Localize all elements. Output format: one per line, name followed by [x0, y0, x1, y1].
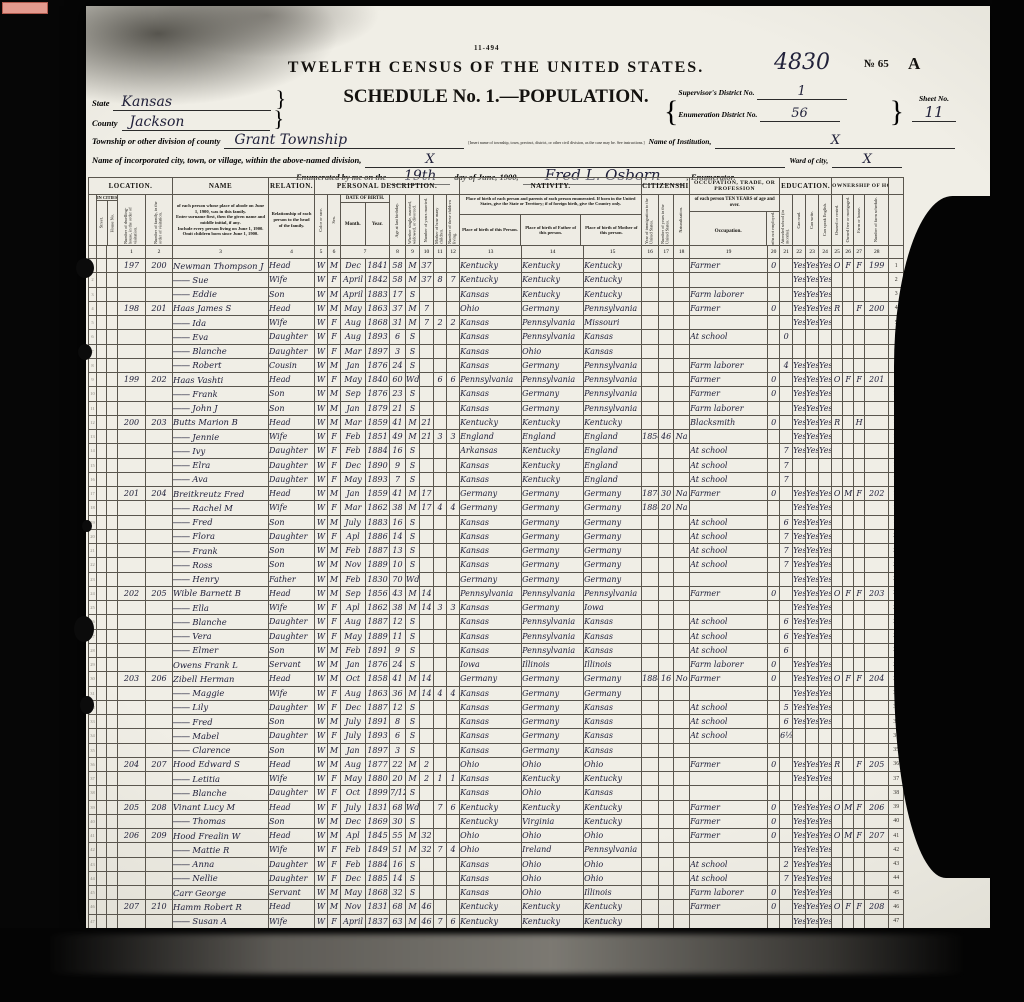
cell-own	[832, 458, 843, 472]
sub-years-in-us: Number of years in the United States.	[659, 195, 674, 246]
cell-mort	[843, 757, 854, 771]
cell-fam	[146, 529, 173, 543]
cell-rel: Servant	[269, 886, 315, 900]
cell-mne: 0	[768, 387, 780, 401]
census-row: 3―― EddieSonWMApril188317SKansasKentucky…	[89, 287, 904, 301]
cell-dwell: 204	[118, 757, 146, 771]
birth-father-label: Place of birth of Father of this person.	[520, 215, 581, 245]
cell-age: 17	[390, 287, 406, 301]
cell-mothc	[434, 472, 447, 486]
cell-house	[107, 373, 118, 387]
cell-natz	[674, 373, 690, 387]
cell-write	[806, 729, 819, 743]
birth-person-label: Place of birth of this Person.	[460, 215, 520, 245]
cell-race: W	[315, 629, 328, 643]
cell-read: Yes	[793, 757, 806, 771]
cell-mort: F	[843, 586, 854, 600]
cell-mne: 0	[768, 487, 780, 501]
cell-fsched	[865, 472, 889, 486]
cell-rel: Head	[269, 586, 315, 600]
cell-street	[97, 544, 107, 558]
cell-race: W	[315, 544, 328, 558]
cell-eng: Yes	[819, 857, 832, 871]
cell-mbpl: Kansas	[584, 643, 642, 657]
cell-own	[832, 430, 843, 444]
num-cell: 18	[674, 246, 690, 259]
cell-own	[832, 643, 843, 657]
cell-race: W	[315, 757, 328, 771]
cell-school	[780, 586, 793, 600]
cell-rel: Daughter	[269, 786, 315, 800]
cell-occ: Farmer	[690, 586, 768, 600]
cell-dwell	[118, 643, 146, 657]
cell-bpl: Iowa	[460, 658, 522, 672]
cell-bmonth: July	[341, 729, 366, 743]
cell-street	[97, 487, 107, 501]
cell-eng: Yes	[819, 558, 832, 572]
cell-natz	[674, 857, 690, 871]
dob-month-label: Month.	[341, 203, 366, 245]
cell-bmonth: Sep	[341, 586, 366, 600]
cell-name: ―― Elra	[173, 458, 269, 472]
cell-mne: 0	[768, 800, 780, 814]
cell-byear: 1884	[366, 444, 390, 458]
group-relation: RELATION.	[269, 178, 315, 195]
cell-name: Vinant Lucy M	[173, 800, 269, 814]
cell-byear: 1887	[366, 615, 390, 629]
cell-street	[97, 658, 107, 672]
cell-left-line-no: 22	[89, 558, 97, 572]
cell-farm	[854, 601, 865, 615]
cell-mothc	[434, 387, 447, 401]
cell-read	[793, 458, 806, 472]
cell-mbpl: Germany	[584, 487, 642, 501]
cell-dwell	[118, 444, 146, 458]
supervisor-district-value: 1	[757, 84, 847, 100]
cell-write	[806, 786, 819, 800]
num-cell: 2	[146, 246, 173, 259]
cell-eng: Yes	[819, 316, 832, 330]
cell-mar: S	[406, 458, 420, 472]
cell-fsched	[865, 629, 889, 643]
cell-own	[832, 743, 843, 757]
cell-fsched: 203	[865, 586, 889, 600]
cell-occ	[690, 501, 768, 515]
num-cell: 7	[341, 246, 390, 259]
cell-name: ―― Ida	[173, 316, 269, 330]
cell-street	[97, 686, 107, 700]
cell-mbpl: Kansas	[584, 330, 642, 344]
cell-chliv	[447, 672, 460, 686]
cell-immy	[642, 715, 659, 729]
cell-yrsus: 16	[659, 672, 674, 686]
cell-rel: Wife	[269, 686, 315, 700]
cell-race: W	[315, 415, 328, 429]
cell-age: 9	[390, 643, 406, 657]
cell-mbpl: Germany	[584, 501, 642, 515]
cell-immy	[642, 700, 659, 714]
cell-fsched: 202	[865, 487, 889, 501]
cell-left-line-no: 24	[89, 586, 97, 600]
months-not-employed-label: Months not employed.	[766, 212, 779, 246]
cell-sex: F	[328, 686, 341, 700]
cell-school	[780, 658, 793, 672]
cell-yrsm	[420, 387, 434, 401]
cell-fsched	[865, 857, 889, 871]
cell-fam	[146, 330, 173, 344]
cell-house	[107, 344, 118, 358]
cell-chliv	[447, 558, 460, 572]
cell-read: Yes	[793, 401, 806, 415]
cell-own	[832, 316, 843, 330]
cell-mbpl: Kentucky	[584, 914, 642, 928]
cell-name: ―― Mabel	[173, 729, 269, 743]
cell-mne	[768, 857, 780, 871]
cell-yrsus	[659, 686, 674, 700]
cell-school	[780, 914, 793, 928]
cell-farm	[854, 330, 865, 344]
cell-mar: S	[406, 472, 420, 486]
sub-in-cities: IN CITIES. Street. House No.	[97, 195, 118, 246]
cell-mort	[843, 743, 854, 757]
cell-race: W	[315, 900, 328, 914]
cell-fbpl: Pennsylvania	[522, 330, 584, 344]
cell-yrsm: 32	[420, 829, 434, 843]
cell-fbpl: Ireland	[522, 843, 584, 857]
cell-farm	[854, 515, 865, 529]
cell-dwell: 197	[118, 259, 146, 273]
cell-bmonth: Aug	[341, 757, 366, 771]
sub-immigration-year: Year of immigration to the United States…	[642, 195, 659, 246]
cell-school	[780, 259, 793, 273]
cell-mort	[843, 601, 854, 615]
cell-byear: 1858	[366, 672, 390, 686]
cell-own	[832, 344, 843, 358]
cell-eng: Yes	[819, 629, 832, 643]
cell-mne	[768, 601, 780, 615]
cell-farm	[854, 729, 865, 743]
cell-age: 58	[390, 273, 406, 287]
cell-house	[107, 301, 118, 315]
cell-immy	[642, 757, 659, 771]
cell-farm: F	[854, 800, 865, 814]
cell-house	[107, 273, 118, 287]
cell-name: ―― Rachel M	[173, 501, 269, 515]
cell-school	[780, 672, 793, 686]
cell-house	[107, 601, 118, 615]
cell-house	[107, 529, 118, 543]
cell-age: 12	[390, 700, 406, 714]
cell-mothc: 7	[434, 843, 447, 857]
cell-fam	[146, 601, 173, 615]
county-value: Jackson	[122, 114, 270, 131]
cell-byear: 1884	[366, 857, 390, 871]
cell-write: Yes	[806, 715, 819, 729]
cell-race: W	[315, 857, 328, 871]
cell-mort	[843, 515, 854, 529]
cell-race: W	[315, 301, 328, 315]
cell-house	[107, 772, 118, 786]
cell-fam	[146, 501, 173, 515]
cell-byear: 1880	[366, 772, 390, 786]
ink-blot	[76, 258, 94, 278]
cell-mothc	[434, 415, 447, 429]
cell-dwell	[118, 700, 146, 714]
cell-immy	[642, 458, 659, 472]
cell-write	[806, 643, 819, 657]
census-row: 34―― MabelDaughterWFJuly18936SKansasGerm…	[89, 729, 904, 743]
cell-eng: Yes	[819, 914, 832, 928]
cell-yrsm	[420, 743, 434, 757]
cell-house	[107, 686, 118, 700]
cell-left-line-no: 17	[89, 487, 97, 501]
cell-mbpl: Germany	[584, 515, 642, 529]
census-scan-canvas: 11-494 TWELFTH CENSUS OF THE UNITED STAT…	[0, 0, 1024, 1002]
cell-school	[780, 430, 793, 444]
cell-house	[107, 586, 118, 600]
cell-bmonth: May	[341, 301, 366, 315]
cell-left-line-no: 20	[89, 529, 97, 543]
cell-house	[107, 729, 118, 743]
census-row: 15―― ElraDaughterWFDec18909SKansasKentuc…	[89, 458, 904, 472]
cell-mne	[768, 914, 780, 928]
census-row: 43―― AnnaDaughterWFFeb188416SKansasOhioO…	[89, 857, 904, 871]
cell-sex: M	[328, 672, 341, 686]
cell-bmonth: April	[341, 273, 366, 287]
sub-date-of-birth: DATE OF BIRTH. Month. Year.	[341, 195, 390, 246]
cell-mort	[843, 358, 854, 372]
cell-mbpl: Kentucky	[584, 273, 642, 287]
cell-dwell	[118, 273, 146, 287]
cell-mbpl: Kansas	[584, 729, 642, 743]
cell-yrsus	[659, 715, 674, 729]
cell-yrsus	[659, 344, 674, 358]
cell-read: Yes	[793, 301, 806, 315]
cell-own	[832, 273, 843, 287]
cell-name: ―― Vera	[173, 629, 269, 643]
cell-own	[832, 515, 843, 529]
cell-sex: F	[328, 601, 341, 615]
cell-own: R	[832, 415, 843, 429]
cell-yrsus	[659, 857, 674, 871]
cell-chliv: 7	[447, 273, 460, 287]
cell-mort: F	[843, 672, 854, 686]
cell-school	[780, 301, 793, 315]
cell-yrsus	[659, 615, 674, 629]
census-row: 9199202Haas VashtiHeadWFMay184060Wd66Pen…	[89, 373, 904, 387]
cell-chliv	[447, 515, 460, 529]
cell-read: Yes	[793, 387, 806, 401]
cell-bpl: Germany	[460, 572, 522, 586]
cell-street	[97, 330, 107, 344]
num-cell: 12	[447, 246, 460, 259]
cell-fbpl: England	[522, 430, 584, 444]
cell-rel: Daughter	[269, 629, 315, 643]
cell-bmonth: Feb	[341, 444, 366, 458]
cell-immy	[642, 658, 659, 672]
num-cell: 1	[118, 246, 146, 259]
cell-fbpl: Germany	[522, 487, 584, 501]
cell-dwell	[118, 658, 146, 672]
cell-house	[107, 487, 118, 501]
cell-bmonth: July	[341, 515, 366, 529]
cell-eng: Yes	[819, 772, 832, 786]
census-row: 45Carr GeorgeServantWMMay186832SKansasOh…	[89, 886, 904, 900]
cell-natz	[674, 871, 690, 885]
cell-mne: 0	[768, 415, 780, 429]
cell-mbpl: Kansas	[584, 715, 642, 729]
cell-immy	[642, 273, 659, 287]
cell-house	[107, 672, 118, 686]
cell-race: W	[315, 259, 328, 273]
cell-school: 7	[780, 871, 793, 885]
cell-age: 32	[390, 886, 406, 900]
cell-farm	[854, 914, 865, 928]
cell-own	[832, 871, 843, 885]
cell-race: W	[315, 829, 328, 843]
cell-fsched	[865, 316, 889, 330]
cell-fam	[146, 515, 173, 529]
cell-mothc	[434, 658, 447, 672]
cell-bmonth: Dec	[341, 458, 366, 472]
census-row: 4198201Haas James SHeadWMMay186337M7Ohio…	[89, 301, 904, 315]
cell-eng	[819, 786, 832, 800]
cell-byear: 1840	[366, 373, 390, 387]
cell-rel: Son	[269, 743, 315, 757]
cell-rel: Wife	[269, 316, 315, 330]
cell-own	[832, 544, 843, 558]
cell-mothc	[434, 358, 447, 372]
cell-age: 23	[390, 387, 406, 401]
cell-dwell	[118, 344, 146, 358]
occupation-note: of each person TEN YEARS of age and over…	[690, 195, 779, 212]
cell-mar: S	[406, 814, 420, 828]
cell-fsched	[865, 914, 889, 928]
cell-yrsm	[420, 458, 434, 472]
cell-fam	[146, 886, 173, 900]
cell-yrsm: 46	[420, 914, 434, 928]
cell-mothc	[434, 715, 447, 729]
cell-bpl: Kansas	[460, 558, 522, 572]
cell-mbpl: England	[584, 472, 642, 486]
cell-read: Yes	[793, 900, 806, 914]
cell-house	[107, 743, 118, 757]
cell-write: Yes	[806, 772, 819, 786]
cell-own	[832, 401, 843, 415]
cell-house	[107, 544, 118, 558]
cell-bmonth: April	[341, 914, 366, 928]
cell-school	[780, 487, 793, 501]
dob-label: DATE OF BIRTH.	[341, 195, 389, 203]
cell-yrsm: 2	[420, 757, 434, 771]
cell-farm	[854, 401, 865, 415]
cell-mne	[768, 686, 780, 700]
cell-bpl: Kentucky	[460, 800, 522, 814]
cell-natz	[674, 615, 690, 629]
cell-read: Yes	[793, 430, 806, 444]
cell-line-no: 42	[889, 843, 904, 857]
cell-own	[832, 472, 843, 486]
cell-mne	[768, 629, 780, 643]
cell-eng	[819, 330, 832, 344]
cell-house	[107, 458, 118, 472]
cell-bpl: England	[460, 430, 522, 444]
cell-age: 7	[390, 472, 406, 486]
cell-natz	[674, 743, 690, 757]
cell-left-line-no: 45	[89, 886, 97, 900]
cell-rel: Son	[269, 558, 315, 572]
cell-street	[97, 715, 107, 729]
cell-left-line-no: 11	[89, 401, 97, 415]
sub-can-read: Can read.	[793, 195, 806, 246]
cell-fam	[146, 786, 173, 800]
census-row: 42―― Mattie RWifeWFFeb184951M3274OhioIre…	[89, 843, 904, 857]
cell-fam	[146, 544, 173, 558]
num-cell: 15	[584, 246, 642, 259]
cell-race: W	[315, 430, 328, 444]
cell-read: Yes	[793, 529, 806, 543]
cell-fam: 207	[146, 757, 173, 771]
cell-byear: 1877	[366, 757, 390, 771]
cell-chliv	[447, 301, 460, 315]
cell-left-line-no: 3	[89, 287, 97, 301]
cell-occ: At school	[690, 643, 768, 657]
enumeration-district-value: 56	[760, 106, 840, 122]
cell-bpl: Kentucky	[460, 415, 522, 429]
cell-rel: Head	[269, 900, 315, 914]
census-row: 40―― ThomasSonWMDec186930SKentuckyVirgin…	[89, 814, 904, 828]
cell-chliv: 1	[447, 772, 460, 786]
cell-immy: 1884	[642, 672, 659, 686]
cell-race: W	[315, 373, 328, 387]
cell-fbpl: Germany	[522, 544, 584, 558]
cell-mort	[843, 458, 854, 472]
cell-natz	[674, 772, 690, 786]
cell-age: 8	[390, 715, 406, 729]
cell-own	[832, 857, 843, 871]
cell-dwell	[118, 572, 146, 586]
cell-dwell	[118, 743, 146, 757]
cell-school: 7	[780, 458, 793, 472]
cell-farm	[854, 886, 865, 900]
cell-mothc: 4	[434, 501, 447, 515]
num-cell: 3	[173, 246, 269, 259]
cell-chliv: 3	[447, 601, 460, 615]
cell-natz	[674, 444, 690, 458]
cell-occ	[690, 572, 768, 586]
cell-fbpl: Illinois	[522, 658, 584, 672]
cell-bmonth: May	[341, 886, 366, 900]
cell-yrsm	[420, 715, 434, 729]
cell-read	[793, 472, 806, 486]
cell-yrsus	[659, 772, 674, 786]
cell-byear: 1893	[366, 729, 390, 743]
cell-mothc	[434, 259, 447, 273]
cell-own	[832, 886, 843, 900]
cell-byear: 1893	[366, 330, 390, 344]
cell-fam	[146, 401, 173, 415]
cell-fam	[146, 686, 173, 700]
cell-age: 49	[390, 430, 406, 444]
num-cell: 10	[420, 246, 434, 259]
cell-mothc	[434, 700, 447, 714]
cell-bmonth: Aug	[341, 330, 366, 344]
group-location: LOCATION.	[89, 178, 173, 195]
cell-occ: Farmer	[690, 672, 768, 686]
cell-mort: F	[843, 259, 854, 273]
cell-farm	[854, 529, 865, 543]
cell-immy	[642, 344, 659, 358]
